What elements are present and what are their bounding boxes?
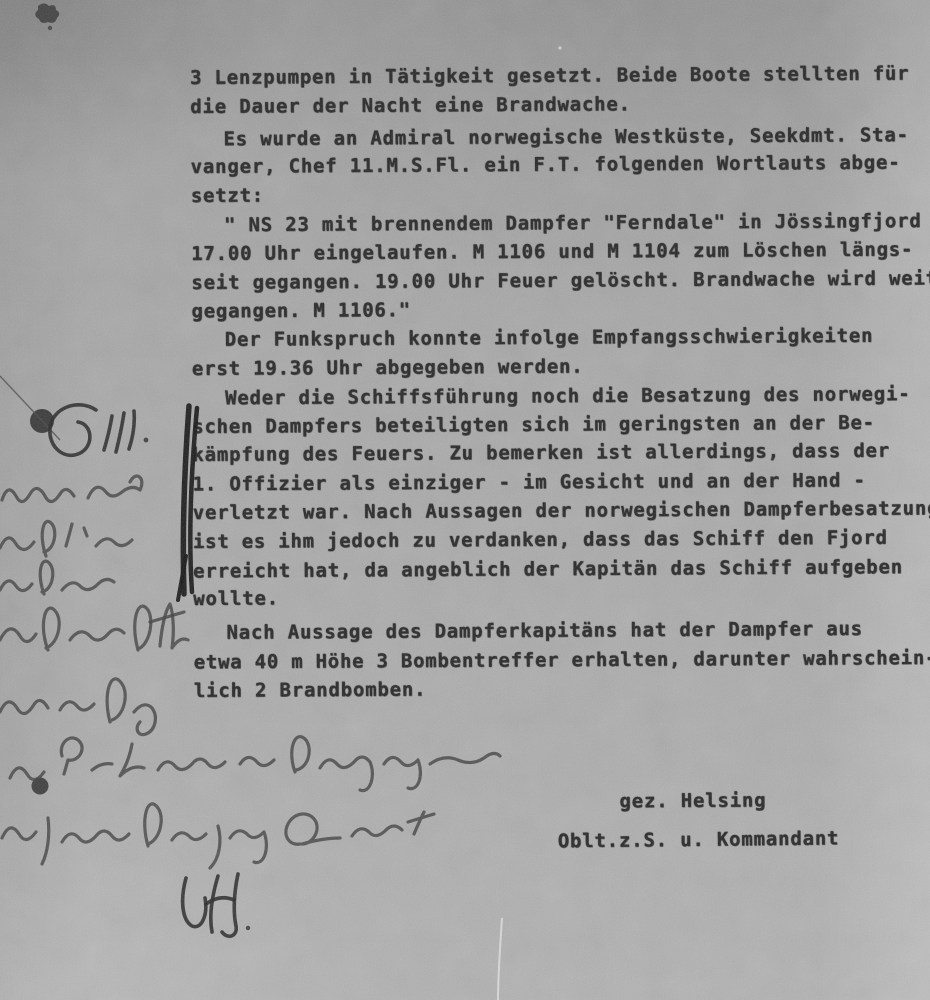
typed-line: 1. Offizier als einziger - im Gesicht un… bbox=[192, 466, 930, 499]
typed-line: erreicht hat, da angeblich der Kapitän d… bbox=[193, 552, 930, 585]
typed-line: die Dauer der Nacht eine Brandwache. bbox=[190, 88, 930, 121]
typed-line: " NS 23 mit brennendem Dampfer "Ferndale… bbox=[191, 207, 930, 240]
typed-line: kämpfung des Feuers. Zu bemerken ist all… bbox=[192, 437, 930, 470]
signature-signed-by: gez. Helsing bbox=[619, 786, 766, 816]
signature-rank: Oblt.z.S. u. Kommandant bbox=[558, 824, 840, 856]
typed-line: vanger, Chef 11.M.S.Fl. ein F.T. folgend… bbox=[191, 149, 930, 182]
typed-line: lich 2 Brandbomben. bbox=[194, 672, 930, 705]
annotation-line-5 bbox=[0, 679, 155, 735]
typed-line: Der Funkspruch konnte infolge Empfangssc… bbox=[192, 322, 930, 355]
typed-line: 3 Lenzpumpen in Tätigkeit gesetzt. Beide… bbox=[190, 59, 930, 92]
ink-dot bbox=[0, 376, 60, 440]
scanned-document-page: 3 Lenzpumpen in Tätigkeit gesetzt. Beide… bbox=[0, 0, 930, 1000]
typed-line: Nach Aussage des Dampferkapitäns hat der… bbox=[193, 614, 930, 647]
typed-line: ist es ihm jedoch zu verdanken, dass das… bbox=[193, 523, 930, 556]
typed-line: erst 19.36 Uhr abgegeben werden. bbox=[192, 350, 930, 383]
typed-line: wollte. bbox=[193, 581, 930, 614]
typed-line: Es wurde an Admiral norwegische Westküst… bbox=[190, 120, 930, 153]
annotation-line-1 bbox=[2, 476, 142, 501]
typed-line: etwa 40 m Höhe 3 Bombentreffer erhalten,… bbox=[194, 644, 930, 677]
annotation-line-4 bbox=[0, 604, 188, 650]
annotation-line-2 bbox=[0, 521, 132, 556]
initials-vh bbox=[183, 874, 251, 936]
typed-line: setzt: bbox=[191, 178, 930, 211]
annotation-line-6 bbox=[10, 737, 500, 795]
typed-line: gegangen. M 1106." bbox=[191, 293, 930, 326]
typewritten-text-block: 3 Lenzpumpen in Tätigkeit gesetzt. Beide… bbox=[190, 59, 930, 705]
typed-line: 17.00 Uhr eingelaufen. M 1106 und M 1104… bbox=[191, 235, 930, 268]
typed-line: seit gegangen. 19.00 Uhr Feuer gelöscht.… bbox=[191, 264, 930, 297]
typed-line: Weder die Schiffsführung noch die Besatz… bbox=[192, 380, 930, 413]
annotation-line-7 bbox=[2, 804, 434, 868]
typed-line: verletzt war. Nach Aussagen der norwegis… bbox=[193, 494, 930, 527]
typed-line: schen Dampfers beteiligten sich im gerin… bbox=[192, 408, 930, 441]
smudge-top-left bbox=[35, 4, 59, 31]
annotation-line-3 bbox=[0, 561, 114, 594]
annotation-flourish bbox=[50, 405, 149, 455]
